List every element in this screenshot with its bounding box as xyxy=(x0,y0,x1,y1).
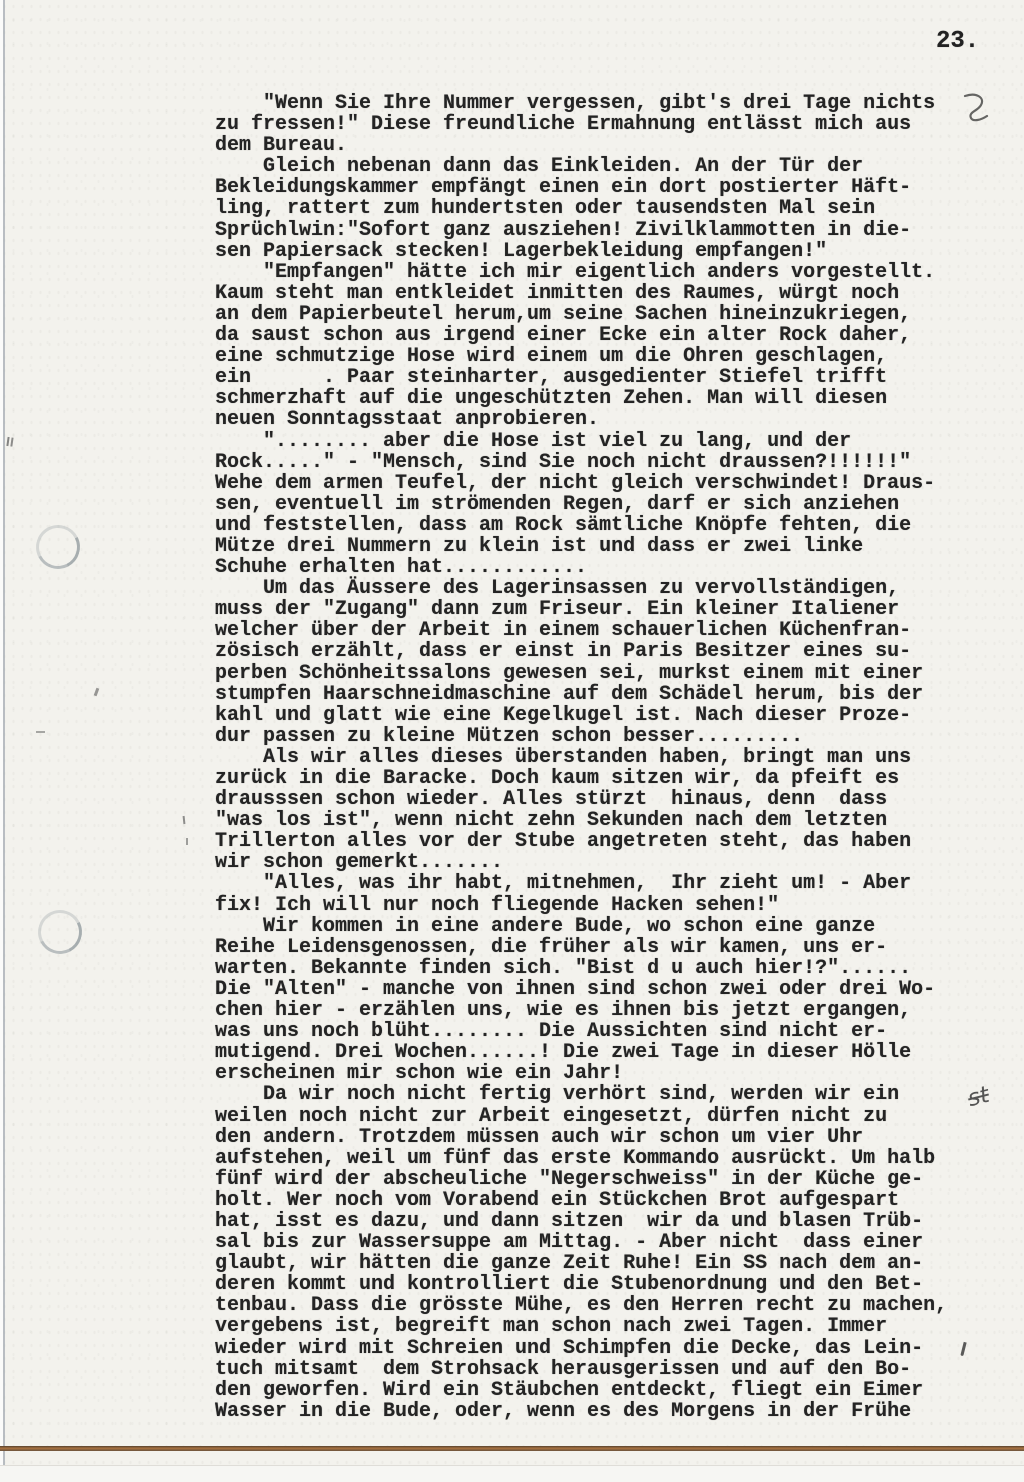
text-line: sen, eventuell im strömenden Regen, darf… xyxy=(215,494,947,515)
text-line: sal bis zur Wassersuppe am Mittag. - Abe… xyxy=(215,1232,947,1253)
text-line: tuch mitsamt dem Strohsack herausgerisse… xyxy=(215,1359,947,1380)
text-line: tenbau. Dass die grösste Mühe, es den He… xyxy=(215,1295,947,1316)
text-line: da saust schon aus irgend einer Ecke ein… xyxy=(215,325,947,346)
text-line: zu fressen!" Diese freundliche Ermahnung… xyxy=(215,114,947,135)
margin-ink-mark xyxy=(36,731,45,733)
text-line: stumpfen Haarschneidmaschine auf dem Sch… xyxy=(215,684,947,705)
typewritten-text: "Wenn Sie Ihre Nummer vergessen, gibt's … xyxy=(215,93,947,1422)
text-line: chen hier - erzählen uns, wie es ihnen b… xyxy=(215,1000,947,1021)
text-line: eine schmutzige Hose wird einem um die O… xyxy=(215,346,947,367)
text-line: drausssen schon wieder. Alles stürzt hin… xyxy=(215,789,947,810)
text-line: schmerzhaft auf die ungeschützten Zehen.… xyxy=(215,388,947,409)
text-line: mutigend. Drei Wochen......! Die zwei Ta… xyxy=(215,1042,947,1063)
text-line: Bekleidungskammer empfängt einen ein dor… xyxy=(215,177,947,198)
text-line: zösisch erzählt, dass er einst in Paris … xyxy=(215,641,947,662)
text-line: Kaum steht man entkleidet inmitten des R… xyxy=(215,283,947,304)
text-line: zurück in die Baracke. Doch kaum sitzen … xyxy=(215,768,947,789)
text-line: Trillerton alles vor der Stube angetrete… xyxy=(215,831,947,852)
text-line: glaubt, wir hätten die ganze Zeit Ruhe! … xyxy=(215,1253,947,1274)
text-line: Reihe Leidensgenossen, die früher als wi… xyxy=(215,937,947,958)
text-line: "Empfangen" hätte ich mir eigentlich and… xyxy=(215,262,947,283)
page-number: 23. xyxy=(936,28,979,55)
text-line: deren kommt und kontrolliert die Stubeno… xyxy=(215,1274,947,1295)
text-line: fix! Ich will nur noch fliegende Hacken … xyxy=(215,895,947,916)
text-line: was uns noch blüht........ Die Aussichte… xyxy=(215,1021,947,1042)
ink-flourish xyxy=(963,92,989,127)
text-line: wir schon gemerkt....... xyxy=(215,852,947,873)
text-line: den andern. Trotzdem müssen auch wir sch… xyxy=(215,1127,947,1148)
margin-ink-mark xyxy=(6,437,9,446)
text-line: kahl und glatt wie eine Kegelkugel ist. … xyxy=(215,705,947,726)
text-line: muss der "Zugang" dann zum Friseur. Ein … xyxy=(215,599,947,620)
text-line: vergebens ist, begreift man schon nach z… xyxy=(215,1316,947,1337)
text-line: hat, isst es dazu, und dann sitzen wir d… xyxy=(215,1211,947,1232)
text-line: "Wenn Sie Ihre Nummer vergessen, gibt's … xyxy=(215,93,947,114)
text-line: neuen Sonntagsstaat anprobieren. xyxy=(215,409,947,430)
scan-bottom-strip xyxy=(0,1465,1024,1482)
text-line: perben Schönheitssalons gewesen sei, mur… xyxy=(215,663,947,684)
text-line: Schuhe erhalten hat............ xyxy=(215,557,947,578)
text-line: den geworfen. Wird ein Stäubchen entdeck… xyxy=(215,1380,947,1401)
text-line: Gleich nebenan dann das Einkleiden. An d… xyxy=(215,156,947,177)
scan-left-edge-line xyxy=(3,0,5,1482)
punch-hole-bottom xyxy=(32,904,87,959)
text-line: aufstehen, weil um fünf das erste Komman… xyxy=(215,1148,947,1169)
text-line: sen Papiersack stecken! Lagerbekleidung … xyxy=(215,241,947,262)
text-line: und feststellen, dass am Rock sämtliche … xyxy=(215,515,947,536)
text-line: ling, rattert zum hundertsten oder tause… xyxy=(215,198,947,219)
document-page: 23. "Wenn Sie Ihre Nummer vergessen, gib… xyxy=(0,0,1024,1482)
text-line: an dem Papierbeutel herum,um seine Sache… xyxy=(215,304,947,325)
punch-hole-top xyxy=(30,519,85,574)
text-line: weilen noch nicht zur Arbeit eingesetzt,… xyxy=(215,1106,947,1127)
handwritten-comma-mark xyxy=(960,1342,966,1356)
text-line: ein . Paar steinharter, ausgedienter Sti… xyxy=(215,367,947,388)
text-line: Wehe dem armen Teufel, der nicht gleich … xyxy=(215,473,947,494)
text-line: Wasser in die Bude, oder, wenn es des Mo… xyxy=(215,1401,947,1422)
text-line: "........ aber die Hose ist viel zu lang… xyxy=(215,431,947,452)
text-line: welcher über der Arbeit in einem schauer… xyxy=(215,620,947,641)
scan-bottom-edge xyxy=(0,1446,1024,1451)
text-line: Mütze drei Nummern zu klein ist und dass… xyxy=(215,536,947,557)
text-line: fünf wird der abscheuliche "Negerschweis… xyxy=(215,1169,947,1190)
text-line: "Alles, was ihr habt, mitnehmen, Ihr zie… xyxy=(215,873,947,894)
text-line: Sprüchlwin:"Sofort ganz ausziehen! Zivil… xyxy=(215,220,947,241)
handwritten-annotation: st xyxy=(965,1082,992,1112)
margin-ink-mark xyxy=(94,688,100,697)
margin-ink-mark xyxy=(183,816,186,824)
text-line: dur passen zu kleine Mützen schon besser… xyxy=(215,726,947,747)
text-line: Die "Alten" - manche von ihnen sind scho… xyxy=(215,979,947,1000)
margin-ink-mark xyxy=(186,838,188,845)
text-line: "was los ist", wenn nicht zehn Sekunden … xyxy=(215,810,947,831)
text-line: dem Bureau. xyxy=(215,135,947,156)
text-line: Da wir noch nicht fertig verhört sind, w… xyxy=(215,1084,947,1105)
text-line: wieder wird mit Schreien und Schimpfen d… xyxy=(215,1338,947,1359)
text-line: holt. Wer noch vom Vorabend ein Stückche… xyxy=(215,1190,947,1211)
text-line: Wir kommen in eine andere Bude, wo schon… xyxy=(215,916,947,937)
text-line: erscheinen mir schon wie ein Jahr! xyxy=(215,1063,947,1084)
text-line: Um das Äussere des Lagerinsassen zu verv… xyxy=(215,578,947,599)
text-line: warten. Bekannte finden sich. "Bist d u … xyxy=(215,958,947,979)
text-line: Rock....." - "Mensch, sind Sie noch nich… xyxy=(215,452,947,473)
text-line: Als wir alles dieses überstanden haben, … xyxy=(215,747,947,768)
